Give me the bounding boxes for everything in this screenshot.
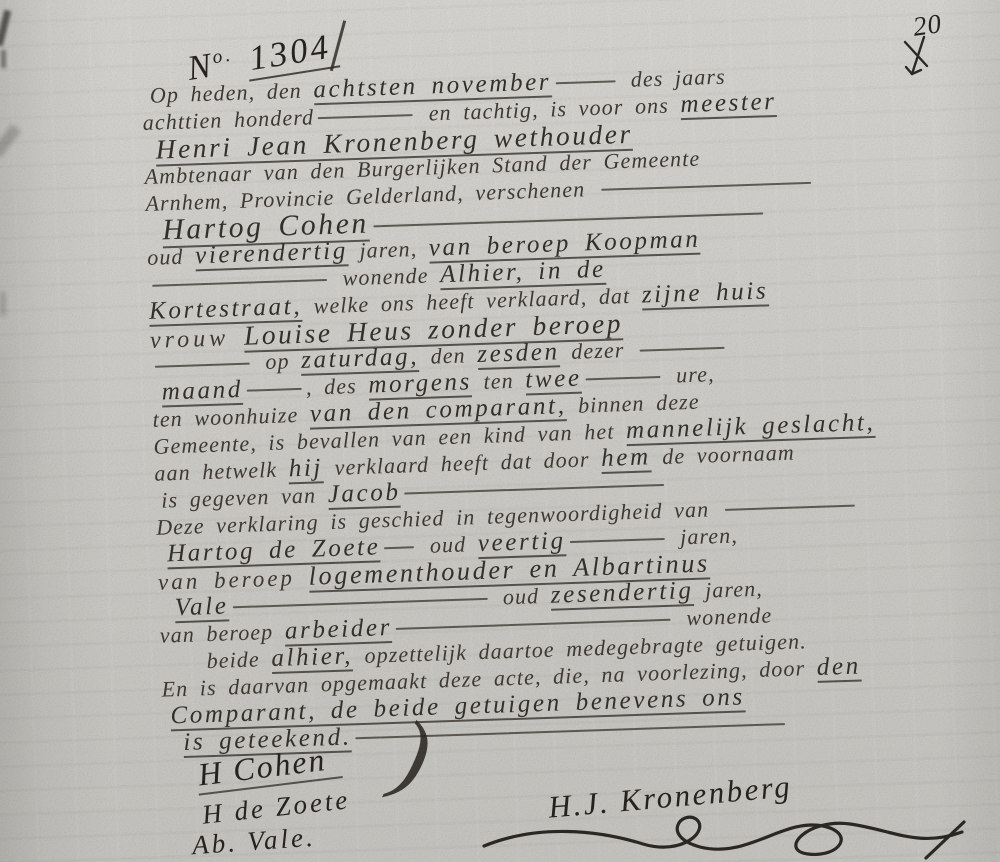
handwritten-text: ten <box>472 367 526 394</box>
handwritten-text: jaren, <box>347 236 429 264</box>
act-number-sup: o. <box>211 44 234 68</box>
signature-paraph-flourish <box>478 806 968 862</box>
act-number-value: 1304 <box>242 26 339 82</box>
handwritten-text: aan hetwelk <box>154 456 289 485</box>
handwritten-text: oud <box>147 243 196 270</box>
ink-smudge <box>1 50 6 68</box>
pen-rule <box>725 504 855 511</box>
document-body: Op heden, den achtsten november des jaar… <box>141 56 978 758</box>
handwritten-text: ten woonhuize <box>152 402 310 432</box>
ink-smudge <box>0 292 6 316</box>
pen-rule <box>405 484 665 495</box>
handwritten-text: is gegeven van <box>161 482 328 513</box>
handwritten-text: des jaars <box>619 64 726 93</box>
handwritten-text: ure, <box>664 361 715 388</box>
pen-rule <box>601 181 811 190</box>
pen-rule <box>232 597 487 608</box>
scanned-birth-record: 20 No. 1304 Op heden, den achtsten novem… <box>0 0 1000 862</box>
ink-smudge <box>0 124 21 158</box>
handwritten-text: oud <box>491 583 551 610</box>
handwritten-text: jaren, <box>693 576 763 603</box>
handwritten-text: de voornaam <box>650 440 795 470</box>
filled-in-text: maand <box>161 376 243 408</box>
filled-in-text: twee <box>525 365 582 396</box>
handwritten-text: op <box>253 348 301 375</box>
filled-in-text: meester <box>680 88 777 120</box>
pen-rule <box>586 376 661 381</box>
ink-smudge <box>0 10 11 47</box>
filled-in-text: Jacob <box>327 479 401 510</box>
pen-rule <box>555 80 615 84</box>
handwritten-text: binnen deze <box>566 389 700 418</box>
handwritten-text: wonende <box>331 262 441 291</box>
handwritten-text: van beroep <box>159 619 285 648</box>
filled-in-text: Vale <box>174 592 229 623</box>
pen-rule <box>152 279 327 287</box>
handwritten-text: jaren, <box>668 523 738 550</box>
handwritten-text: dezer <box>559 337 636 365</box>
handwritten-text: wonende <box>674 602 772 630</box>
filled-in-text: hem <box>601 443 652 474</box>
pen-rule <box>318 114 413 120</box>
handwritten-text: Op heden, den <box>149 77 313 107</box>
pen-rule <box>373 212 763 227</box>
pen-rule <box>396 618 671 630</box>
filled-in-text: alhier, <box>271 642 354 674</box>
handwritten-text: , des <box>306 373 369 400</box>
pen-rule <box>247 387 302 391</box>
filled-in-text: den <box>816 653 861 683</box>
handwritten-text: oud <box>418 531 478 558</box>
pen-rule <box>640 346 725 351</box>
handwritten-text: van beroep <box>158 565 309 595</box>
filled-in-text: zijne huis <box>641 277 768 310</box>
pen-rule <box>384 546 414 549</box>
pen-rule <box>570 538 665 544</box>
handwritten-text: den <box>419 342 478 369</box>
filled-in-text: hij <box>288 454 323 484</box>
pen-rule <box>155 362 250 368</box>
handwritten-text: beide <box>206 646 272 673</box>
